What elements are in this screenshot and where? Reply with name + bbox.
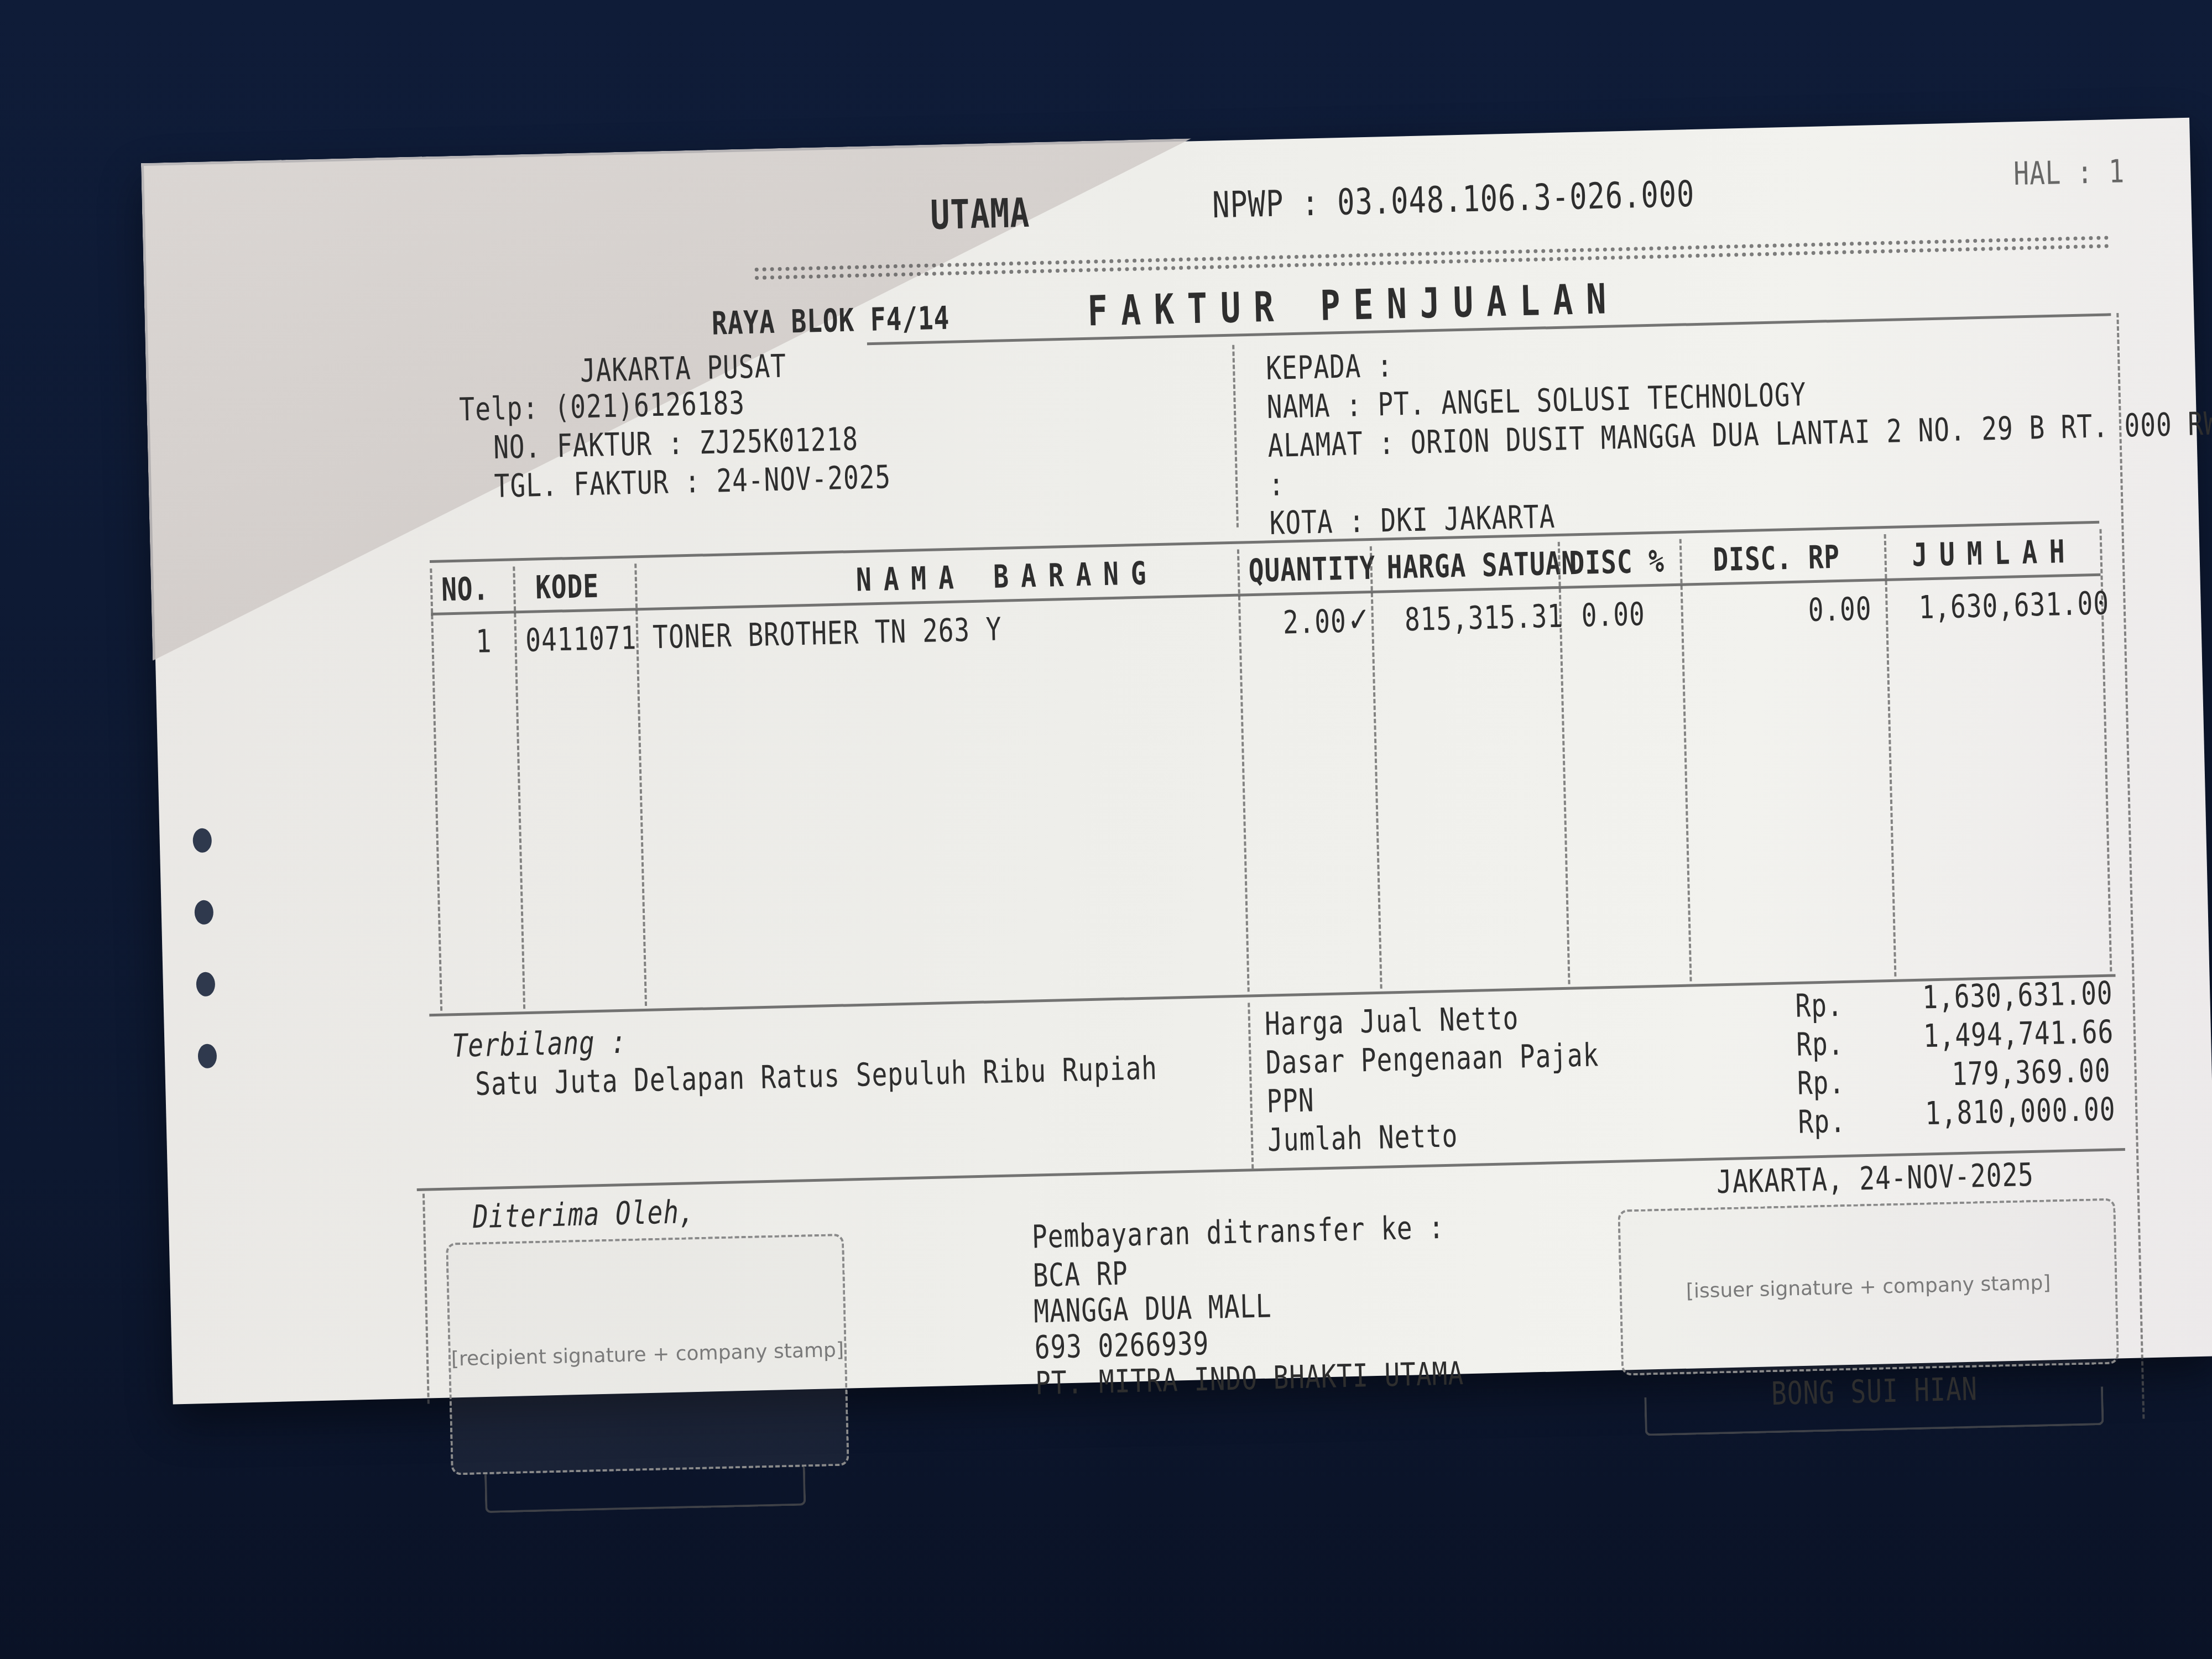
header-divider xyxy=(1232,345,1239,528)
col-divider xyxy=(1370,546,1383,989)
row-disc-rp: 0.00 xyxy=(1808,590,1872,629)
row-item-name: TONER BROTHER TN 263 Y xyxy=(653,611,1003,656)
bank-account-number: 693 0266939 xyxy=(1034,1324,1209,1366)
place-and-date: JAKARTA, 24-NOV-2025 xyxy=(1716,1156,2034,1201)
company-phone: Telp: (021)6126183 xyxy=(459,384,745,429)
row-unit-price: 815,315.31 xyxy=(1404,597,1563,638)
check-mark-icon: ✓ xyxy=(1349,596,1369,641)
right-border xyxy=(2116,313,2145,1419)
issuer-signature-placeholder: [issuer signature + company stamp] xyxy=(1618,1198,2119,1376)
header-separator xyxy=(755,236,2110,280)
total-label-dpp: Dasar Pengenaan Pajak xyxy=(1265,1036,1599,1081)
customer-to-label: KEPADA : xyxy=(1265,347,1393,387)
col-header-item-name: NAMA BARANG xyxy=(855,554,1159,598)
npwp-line: NPWP : 03.048.106.3-026.000 xyxy=(1212,174,1695,227)
company-address-partial: RAYA BLOK F4/14 xyxy=(711,299,950,342)
col-divider xyxy=(1237,550,1250,992)
col-divider xyxy=(1679,539,1692,982)
amount-in-words-label: Terbilang : xyxy=(452,1023,627,1065)
col-divider xyxy=(513,566,525,1009)
company-name-partial: UTAMA xyxy=(930,189,1030,238)
received-by-label: Diterima Oleh, xyxy=(472,1193,695,1235)
invoice-date: TGL. FAKTUR : 24-NOV-2025 xyxy=(494,458,891,504)
col-header-disc-rp: DISC. RP xyxy=(1713,538,1840,578)
sprocket-hole xyxy=(194,900,213,925)
total-value-dpp: 1,494,741.66 xyxy=(1923,1013,2114,1055)
row-quantity: 2.00 xyxy=(1282,602,1347,641)
footer-left-border xyxy=(422,1194,430,1404)
col-divider xyxy=(430,568,442,1011)
col-header-amount: JUMLAH xyxy=(1912,533,2078,574)
total-value-ppn: 179,369.00 xyxy=(1952,1052,2111,1093)
invoice-paper: UTAMA NPWP : 03.048.106.3-026.000 HAL : … xyxy=(144,118,2212,1405)
total-label-jumlah-netto: Jumlah Netto xyxy=(1267,1117,1458,1159)
total-currency: Rp. xyxy=(1796,1025,1844,1063)
invoice-number: NO. FAKTUR : ZJ25K01218 xyxy=(493,420,858,466)
row-code: 0411071 xyxy=(525,619,637,659)
total-currency: Rp. xyxy=(1797,1063,1845,1102)
sprocket-hole xyxy=(192,828,212,853)
totals-divider xyxy=(1248,1003,1254,1168)
row-amount: 1,630,631.00 xyxy=(1918,584,2110,626)
row-disc-pct: 0.00 xyxy=(1581,595,1645,634)
bank-branch: MANGGA DUA MALL xyxy=(1033,1287,1272,1331)
col-header-code: KODE xyxy=(535,567,599,606)
recipient-signature-line xyxy=(484,1467,806,1513)
bank-name: BCA RP xyxy=(1032,1255,1129,1295)
customer-address-line2: : xyxy=(1268,466,1285,503)
col-divider xyxy=(1884,534,1897,977)
company-city-partial: JAKARTA PUSAT xyxy=(580,347,787,389)
total-value-harga-jual-netto: 1,630,631.00 xyxy=(1922,974,2114,1016)
row-no: 1 xyxy=(476,622,492,660)
col-header-disc-pct: DISC % xyxy=(1569,542,1665,582)
recipient-signature-placeholder: [recipient signature + company stamp] xyxy=(446,1234,849,1475)
sprocket-hole xyxy=(197,1044,217,1068)
total-label-harga-jual-netto: Harga Jual Netto xyxy=(1264,999,1519,1042)
col-header-quantity: QUANTITY xyxy=(1248,549,1376,589)
total-currency: Rp. xyxy=(1795,986,1844,1025)
sprocket-hole xyxy=(196,972,215,997)
col-header-no: NO. xyxy=(441,570,489,609)
total-label-ppn: PPN xyxy=(1266,1082,1315,1120)
payment-label: Pembayaran ditransfer ke : xyxy=(1031,1208,1444,1255)
page-number: HAL : 1 xyxy=(2013,153,2125,192)
col-header-unit-price: HARGA SATUAN xyxy=(1386,544,1578,586)
total-value-jumlah-netto: 1,810,000.00 xyxy=(1924,1090,2116,1132)
total-currency: Rp. xyxy=(1798,1102,1846,1141)
